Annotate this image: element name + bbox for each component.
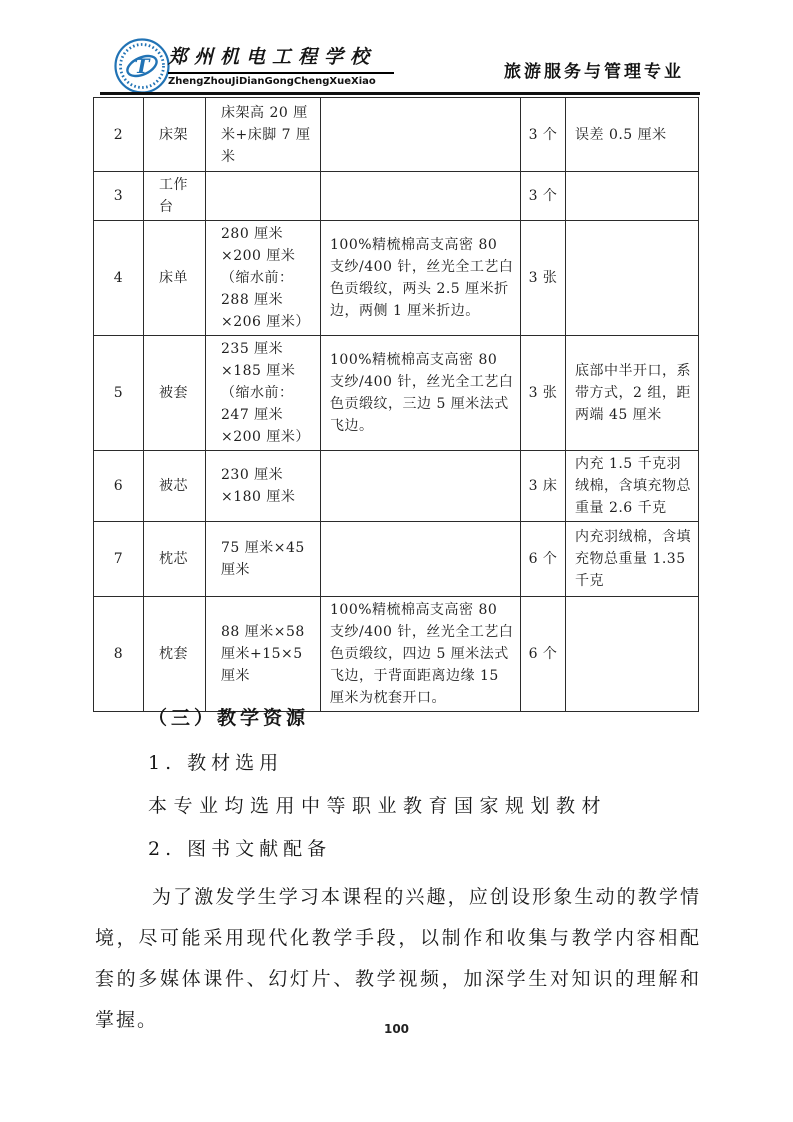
cell-note bbox=[566, 172, 699, 221]
cell-item-name: 枕套 bbox=[144, 597, 206, 712]
cell-spec bbox=[321, 522, 521, 597]
cell-quantity: 3 个 bbox=[521, 172, 566, 221]
cell-note: 内充 1.5 千克羽绒棉，含填充物总重量 2.6 千克 bbox=[566, 451, 699, 522]
cell-dimensions: 230 厘米×180 厘米 bbox=[206, 451, 321, 522]
cell-item-name: 床架 bbox=[144, 98, 206, 172]
cell-item-name: 被套 bbox=[144, 336, 206, 451]
school-logo-icon: T bbox=[113, 37, 171, 95]
cell-quantity: 3 床 bbox=[521, 451, 566, 522]
cell-item-name: 工作台 bbox=[144, 172, 206, 221]
cell-note: 底部中半开口，系带方式，2 组，距两端 45 厘米 bbox=[566, 336, 699, 451]
school-name: 郑州机电工程学校 bbox=[168, 42, 394, 74]
cell-note: 误差 0.5 厘米 bbox=[566, 98, 699, 172]
cell-spec: 100%精梳棉高支高密 80 支纱/400 针，丝光全工艺白色贡缎纹，三边 5 … bbox=[321, 336, 521, 451]
cell-quantity: 6 个 bbox=[521, 522, 566, 597]
resources-paragraph: 为了激发学生学习本课程的兴趣，应创设形象生动的教学情境，尽可能采用现代化教学手段… bbox=[95, 877, 701, 1041]
cell-note: 内充羽绒棉，含填充物总重量 1.35 千克 bbox=[566, 522, 699, 597]
cell-dimensions: 88 厘米×58 厘米+15×5 厘米 bbox=[206, 597, 321, 712]
cell-index: 3 bbox=[94, 172, 144, 221]
cell-quantity: 3 个 bbox=[521, 98, 566, 172]
cell-dimensions: 床架高 20 厘米+床脚 7 厘米 bbox=[206, 98, 321, 172]
list-item-library-resources: 2. 图书文献配备 bbox=[95, 831, 701, 874]
section-heading: （三）教学资源 bbox=[95, 703, 701, 745]
table-row: 6 被芯 230 厘米×180 厘米 3 床 内充 1.5 千克羽绒棉，含填充物… bbox=[94, 451, 699, 522]
cell-item-name: 被芯 bbox=[144, 451, 206, 522]
cell-dimensions: 235 厘米×185 厘米（缩水前：247 厘米×200 厘米） bbox=[206, 336, 321, 451]
page-number: 100 bbox=[0, 1022, 793, 1036]
cell-quantity: 6 个 bbox=[521, 597, 566, 712]
table-row: 3 工作台 3 个 bbox=[94, 172, 699, 221]
cell-note bbox=[566, 221, 699, 336]
table-row: 8 枕套 88 厘米×58 厘米+15×5 厘米 100%精梳棉高支高密 80 … bbox=[94, 597, 699, 712]
cell-index: 8 bbox=[94, 597, 144, 712]
cell-spec bbox=[321, 172, 521, 221]
svg-text:T: T bbox=[135, 54, 152, 78]
equipment-spec-table: 2 床架 床架高 20 厘米+床脚 7 厘米 3 个 误差 0.5 厘米 3 工… bbox=[93, 97, 699, 712]
cell-index: 5 bbox=[94, 336, 144, 451]
cell-item-name: 床单 bbox=[144, 221, 206, 336]
textbook-statement: 本专业均选用中等职业教育国家规划教材 bbox=[95, 788, 701, 831]
cell-spec bbox=[321, 451, 521, 522]
cell-dimensions bbox=[206, 172, 321, 221]
cell-item-name: 枕芯 bbox=[144, 522, 206, 597]
header-rule bbox=[100, 92, 700, 95]
cell-dimensions: 75 厘米×45 厘米 bbox=[206, 522, 321, 597]
cell-dimensions: 280 厘米×200 厘米（缩水前：288 厘米×206 厘米） bbox=[206, 221, 321, 336]
cell-spec bbox=[321, 98, 521, 172]
cell-quantity: 3 张 bbox=[521, 221, 566, 336]
list-item-textbook-selection: 1. 教材选用 bbox=[95, 745, 701, 788]
school-name-block: 郑州机电工程学校 ZhengZhouJiDianGongChengXueXiao bbox=[168, 42, 394, 87]
cell-spec: 100%精梳棉高支高密 80 支纱/400 针，丝光全工艺白色贡缎纹，两头 2.… bbox=[321, 221, 521, 336]
table-row: 4 床单 280 厘米×200 厘米（缩水前：288 厘米×206 厘米） 10… bbox=[94, 221, 699, 336]
document-page: T 郑州机电工程学校 ZhengZhouJiDianGongChengXueXi… bbox=[0, 0, 793, 1122]
major-title: 旅游服务与管理专业 bbox=[504, 57, 684, 82]
body-text: （三）教学资源 1. 教材选用 本专业均选用中等职业教育国家规划教材 2. 图书… bbox=[95, 703, 701, 1041]
cell-note bbox=[566, 597, 699, 712]
table-row: 2 床架 床架高 20 厘米+床脚 7 厘米 3 个 误差 0.5 厘米 bbox=[94, 98, 699, 172]
cell-index: 2 bbox=[94, 98, 144, 172]
school-pinyin: ZhengZhouJiDianGongChengXueXiao bbox=[168, 76, 394, 87]
cell-index: 4 bbox=[94, 221, 144, 336]
cell-quantity: 3 张 bbox=[521, 336, 566, 451]
table-row: 5 被套 235 厘米×185 厘米（缩水前：247 厘米×200 厘米） 10… bbox=[94, 336, 699, 451]
table-row: 7 枕芯 75 厘米×45 厘米 6 个 内充羽绒棉，含填充物总重量 1.35 … bbox=[94, 522, 699, 597]
cell-spec: 100%精梳棉高支高密 80 支纱/400 针，丝光全工艺白色贡缎纹，四边 5 … bbox=[321, 597, 521, 712]
cell-index: 6 bbox=[94, 451, 144, 522]
cell-index: 7 bbox=[94, 522, 144, 597]
